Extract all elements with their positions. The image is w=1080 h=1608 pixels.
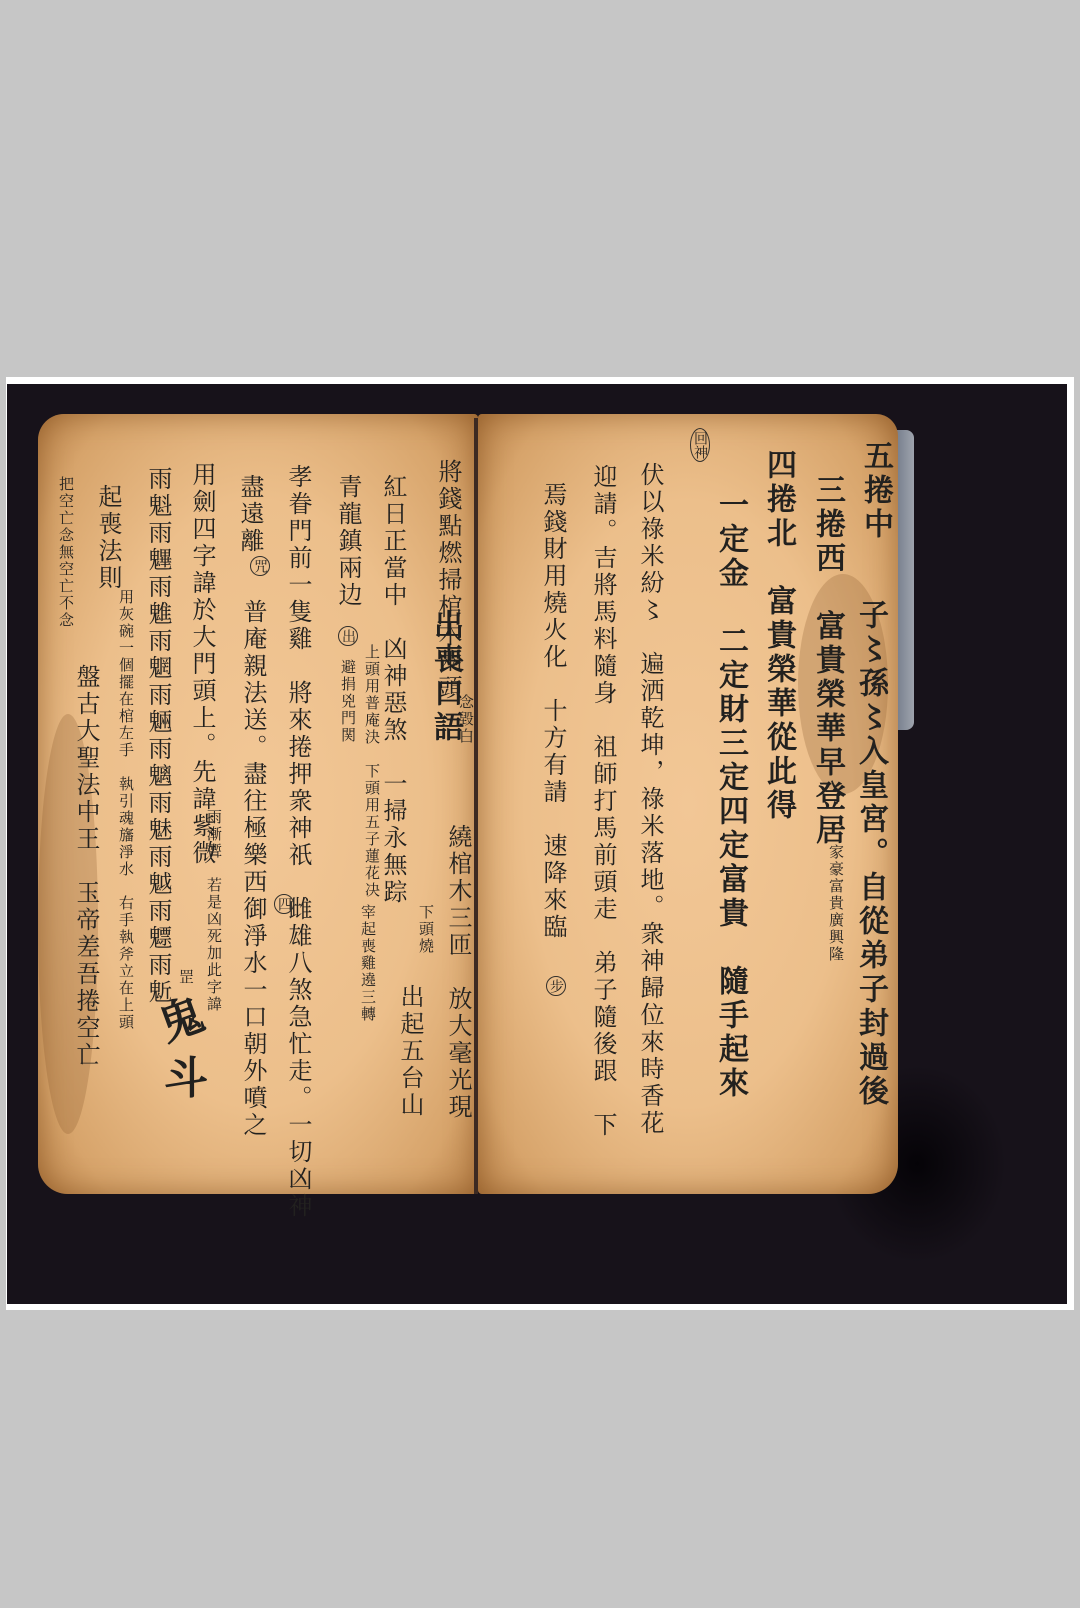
- annotation: 家豪富貴廣興隆: [828, 844, 843, 963]
- text-column: 盡遠離: [238, 474, 262, 555]
- annotation: 雨漸聻 若是凶死加此字諱: [206, 809, 221, 1013]
- text-column: 孝眷門前一隻雞 將來捲押衆神祇 雌雄八煞急忙走。一切凶神: [286, 464, 310, 1220]
- text-column: 子〻孫〻入皇宮。自從弟子封過後: [855, 599, 885, 1109]
- text-column: 三捲西 富貴榮華早登居: [812, 474, 842, 848]
- circled-mark: 步: [546, 976, 566, 996]
- circled-mark: 回神: [690, 428, 710, 462]
- annotation: 把空亡念無空亡不念: [58, 476, 73, 629]
- text-column: 用劍四字諱於大門頭上。先諱紫微: [190, 462, 214, 867]
- left-page: 出喪口語 將錢點燃掃棺木兩頭 念毀白 繞棺木三匝 放大毫光現 紅日正當中 凶神惡…: [38, 414, 478, 1194]
- heading-funeral-rules: 起喪法則: [96, 484, 120, 592]
- text-column: 紅日正當中 凶神惡煞 一掃永無踪: [381, 474, 405, 906]
- text-column: 出起五台山: [398, 984, 422, 1119]
- open-book: 出喪口語 將錢點燃掃棺木兩頭 念毀白 繞棺木三匝 放大毫光現 紅日正當中 凶神惡…: [38, 414, 908, 1204]
- photo-frame: 出喪口語 將錢點燃掃棺木兩頭 念毀白 繞棺木三匝 放大毫光現 紅日正當中 凶神惡…: [6, 377, 1074, 1310]
- circled-mark: 出: [338, 626, 358, 646]
- text-column: 將錢點燃掃棺木兩頭: [436, 459, 460, 702]
- text-column: 青龍鎮兩边: [336, 474, 360, 609]
- text-column: 一定金 二定財三定四定富貴 隨手起來: [715, 489, 745, 1101]
- text-column: 四捲北 富貴榮華從此得: [763, 449, 793, 823]
- annotation: 避捐兇門関: [340, 659, 355, 744]
- annotation: 用灰碗一個擺在棺左手 執引魂旛淨水 右手執斧立在上頭: [118, 589, 133, 1031]
- annotation: 下頭燒: [418, 904, 433, 955]
- annotation: 上頭用普庵決 下頭用五子蓮花决: [364, 644, 379, 899]
- text-column: 焉錢財用燒火化 十方有請 速降來臨: [541, 482, 565, 941]
- right-page: 五捲中 子〻孫〻入皇宮。自從弟子封過後 家豪富貴廣興隆 三捲西 富貴榮華早登居 …: [478, 414, 898, 1194]
- manuscript-photo: 出喪口語 將錢點燃掃棺木兩頭 念毀白 繞棺木三匝 放大毫光現 紅日正當中 凶神惡…: [7, 384, 1067, 1304]
- text-column: 繞棺木三匝 放大毫光現: [446, 824, 470, 1121]
- circled-mark: 四: [274, 894, 294, 914]
- circled-mark: 咒: [250, 556, 270, 576]
- page-edge: [896, 430, 914, 730]
- talisman-column: 雨魁雨魓雨魋雨魍雨魎雨魑雨魅雨魆雨魒雨鬿: [146, 466, 170, 1006]
- text-column: 伏以祿米紛〻 遍洒乾坤，祿米落地。衆神歸位來時香花: [638, 462, 662, 1137]
- annotation: 念毀白: [458, 694, 473, 745]
- text-column: 盤古大聖法中王 玉帝差吾捲空亡: [74, 664, 98, 1069]
- text-column: 五捲中: [860, 440, 890, 542]
- text-column: 迎請。吉將馬料隨身 祖師打馬前頭走 弟子隨後跟 下: [591, 464, 615, 1139]
- text-column: 普庵親法送。盡往極樂西御淨水一口朝外噴之: [241, 599, 265, 1139]
- annotation: 宰起喪雞遶三轉: [360, 904, 375, 1023]
